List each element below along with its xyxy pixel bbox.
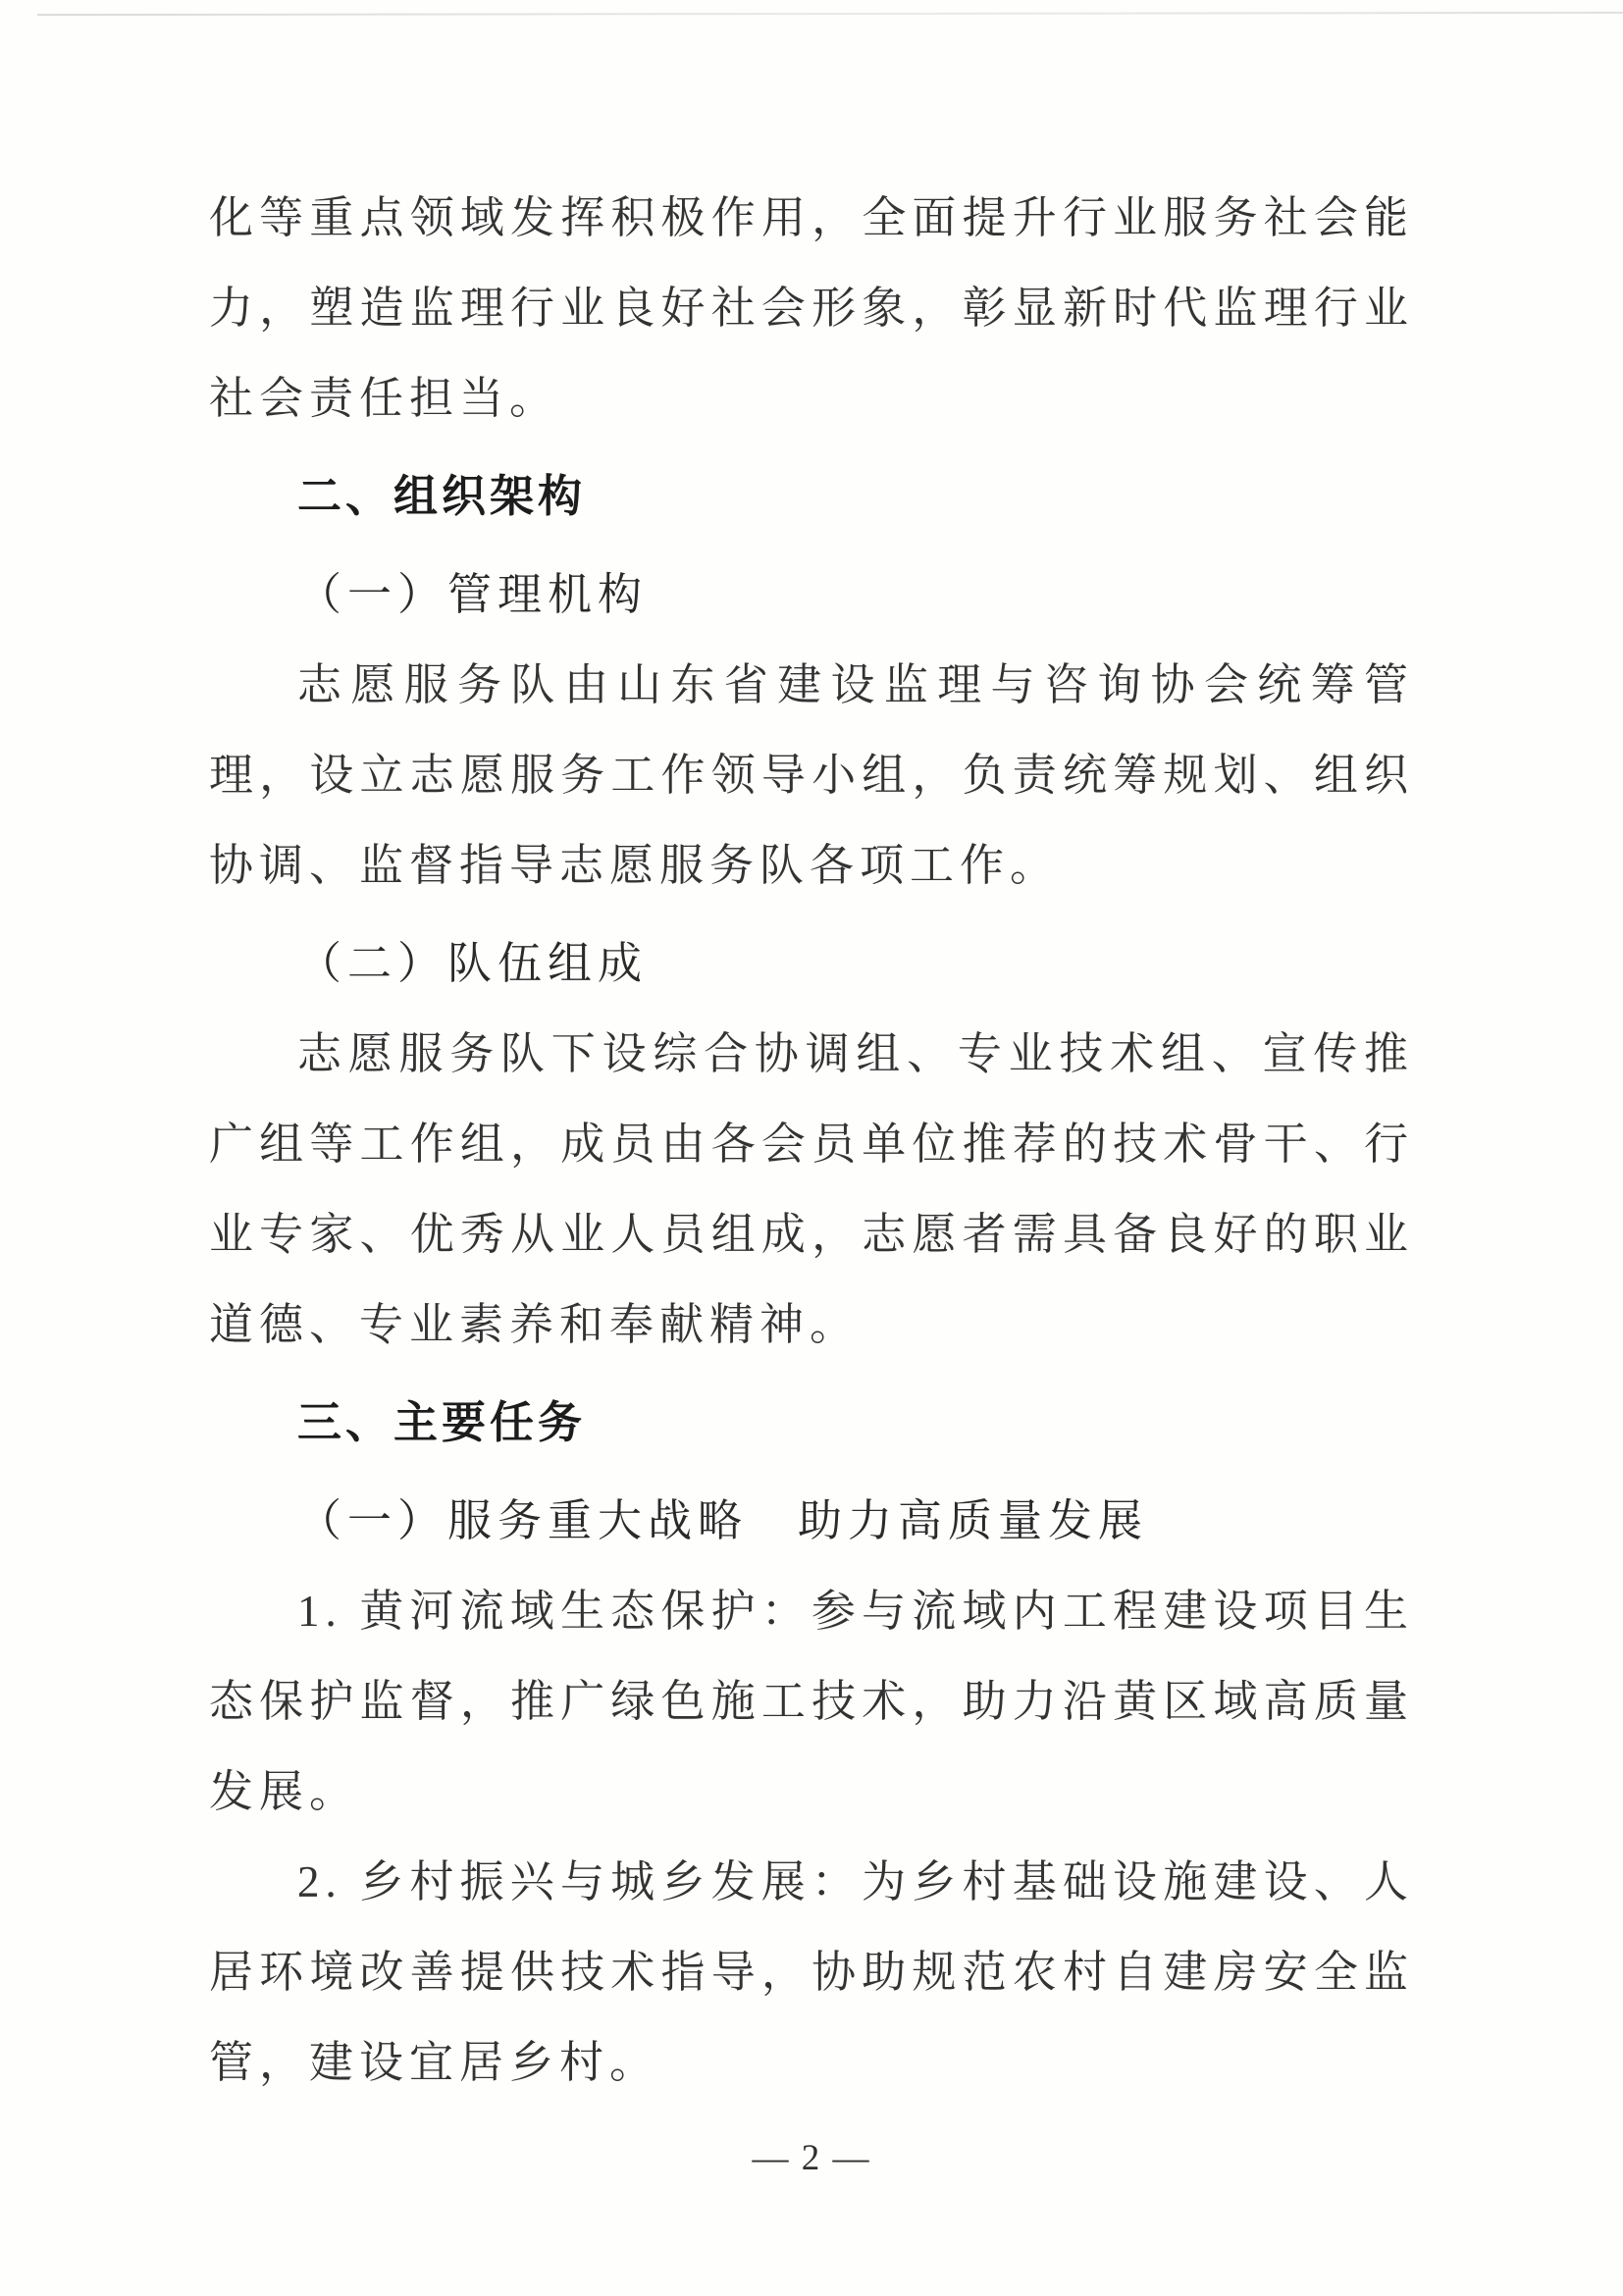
sub-heading-management-body: （一）管理机构 [209,549,1414,640]
body-paragraph-continuation: 化等重点领域发挥积极作用，全面提升行业服务社会能力，塑造监理行业良好社会形象，彰… [209,173,1414,444]
section-heading-organization: 二、组织架构 [209,451,1414,542]
numbered-paragraph-yellow-river: 1. 黄河流域生态保护：参与流域内工程建设项目生态保护监督，推广绿色施工技术，助… [209,1566,1414,1837]
document-page: 化等重点领域发挥积极作用，全面提升行业服务社会能力，塑造监理行业良好社会形象，彰… [0,0,1623,2296]
sub-heading-major-strategy: （一）服务重大战略 助力高质量发展 [209,1476,1414,1566]
section-heading-main-tasks: 三、主要任务 [209,1378,1414,1468]
body-paragraph-team-composition: 志愿服务队下设综合协调组、专业技术组、宣传推广组等工作组，成员由各会员单位推荐的… [209,1009,1414,1370]
scan-artifact-line [37,12,1623,16]
numbered-paragraph-rural-revitalization: 2. 乡村振兴与城乡发展：为乡村基础设施建设、人居环境改善提供技术指导，协助规范… [209,1837,1414,2108]
document-content: 化等重点领域发挥积极作用，全面提升行业服务社会能力，塑造监理行业良好社会形象，彰… [209,173,1414,2108]
body-paragraph-management: 志愿服务队由山东省建设监理与咨询协会统筹管理，设立志愿服务工作领导小组，负责统筹… [209,640,1414,911]
page-number: — 2 — [0,2137,1623,2179]
sub-heading-team-composition: （二）队伍组成 [209,918,1414,1009]
